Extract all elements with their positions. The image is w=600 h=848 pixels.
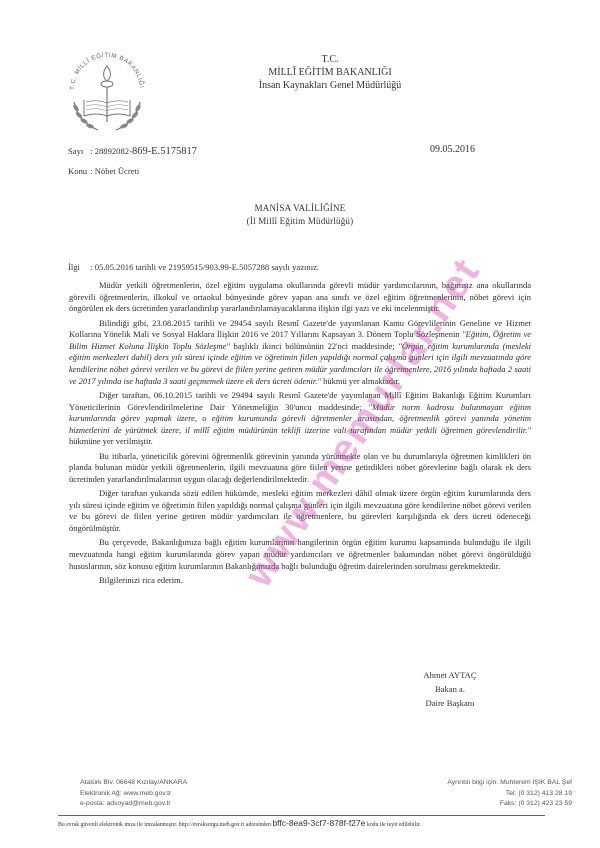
- meb-emblem-icon: T.C. MİLLÎ EĞİTİM BAKANLIĞI: [64, 44, 150, 140]
- document-page: T.C. MİLLÎ EĞİTİM BAKANLIĞI: [0, 0, 600, 848]
- svg-text:T.C. MİLLÎ EĞİTİM BAKANLIĞI: T.C. MİLLÎ EĞİTİM BAKANLIĞI: [69, 52, 145, 90]
- verification-suffix: kodu ile teyit edilebilir.: [365, 822, 421, 828]
- addressee-unit: (İl Millî Eğitim Müdürlüğü): [150, 215, 450, 228]
- subject: Konu : Nöbet Ücreti: [68, 166, 139, 176]
- footer-contact-person: Ayrıntılı bilgi için: Muhterem IŞIK BAL …: [447, 778, 572, 789]
- footer-address: Atatürk Blv. 06648 Kızılay/ANKARA Elektr…: [80, 778, 187, 810]
- konu-label: Konu: [68, 166, 88, 176]
- addressee-name: MANİSA VALİLİĞİNE: [150, 202, 450, 215]
- footer-street: Atatürk Blv. 06648 Kızılay/ANKARA: [80, 778, 187, 789]
- addressee: MANİSA VALİLİĞİNE (İl Millî Eğitim Müdür…: [150, 202, 450, 228]
- paragraph-5: Diğer taraftan yukarıda sözü edilen hükü…: [69, 488, 531, 534]
- paragraph-1: Müdür yetkili öğretmenlerin, özel eğitim…: [69, 280, 531, 315]
- header-department: İnsan Kaynakları Genel Müdürlüğü: [200, 79, 460, 92]
- document-date: 09.05.2016: [430, 144, 475, 155]
- footer-divider: [58, 815, 545, 816]
- verification-line: Bu evrak güvenli elektronik imza ile imz…: [58, 818, 558, 828]
- paragraph-closing: Bilgilerinizi rica ederim.: [69, 575, 531, 587]
- paragraph-3: Diğer taraftan, 06.10.2015 tarihli ve 29…: [69, 390, 531, 448]
- footer-contact: Ayrıntılı bilgi için: Muhterem IŞIK BAL …: [447, 778, 572, 810]
- verification-text: Bu evrak güvenli elektronik imza ile imz…: [58, 822, 272, 828]
- ilgi-label: İlgi: [68, 262, 88, 272]
- signature-block: Ahmet AYTAÇ Bakan a. Daire Başkanı: [400, 668, 500, 710]
- footer-tel: Tel: (0 312) 413 28 19: [447, 789, 572, 800]
- konu-value: : Nöbet Ücreti: [90, 166, 139, 176]
- footer-web[interactable]: Elektronik Ağ: www.meb.gov.tr: [80, 789, 187, 800]
- paragraph-4: Bu itibarla, yöneticilik görevini öğretm…: [69, 451, 531, 486]
- sayi-suffix: 869-E.5175817: [132, 146, 197, 157]
- header-ministry: MİLLÎ EĞİTİM BAKANLIĞI: [200, 66, 460, 79]
- footer-email[interactable]: e-posta: adsoyad@meb.gov.tr: [80, 799, 187, 810]
- letterhead: T.C. MİLLÎ EĞİTİM BAKANLIĞI İnsan Kaynak…: [200, 53, 460, 92]
- reference-line: İlgi : 05.05.2016 tarihli ve 21959515/90…: [68, 262, 319, 272]
- header-country: T.C.: [200, 53, 460, 66]
- signer-title-2: Daire Başkanı: [400, 696, 500, 710]
- reference-number: Sayı : 28892082-869-E.5175817: [68, 146, 197, 157]
- signer-title-1: Bakan a.: [400, 682, 500, 696]
- sayi-label: Sayı: [68, 146, 88, 156]
- logo-ring-text: T.C. MİLLÎ EĞİTİM BAKANLIĞI: [69, 52, 145, 90]
- verification-code: bffc-8ea9-3cf7-878f-f27e: [272, 818, 365, 828]
- ilgi-value: : 05.05.2016 tarihli ve 21959515/903.99-…: [90, 262, 319, 272]
- paragraph-2: Bilindiği gibi, 23.08.2015 tarihli ve 29…: [69, 318, 531, 388]
- signer-name: Ahmet AYTAÇ: [400, 668, 500, 682]
- letter-body: Müdür yetkili öğretmenlerin, özel eğitim…: [69, 280, 531, 589]
- paragraph-6: Bu çerçevede, Bakanlığımıza bağlı eğitim…: [69, 537, 531, 572]
- sayi-prefix: : 28892082-: [90, 146, 132, 156]
- footer-fax: Faks: (0 312) 423 23 59: [447, 799, 572, 810]
